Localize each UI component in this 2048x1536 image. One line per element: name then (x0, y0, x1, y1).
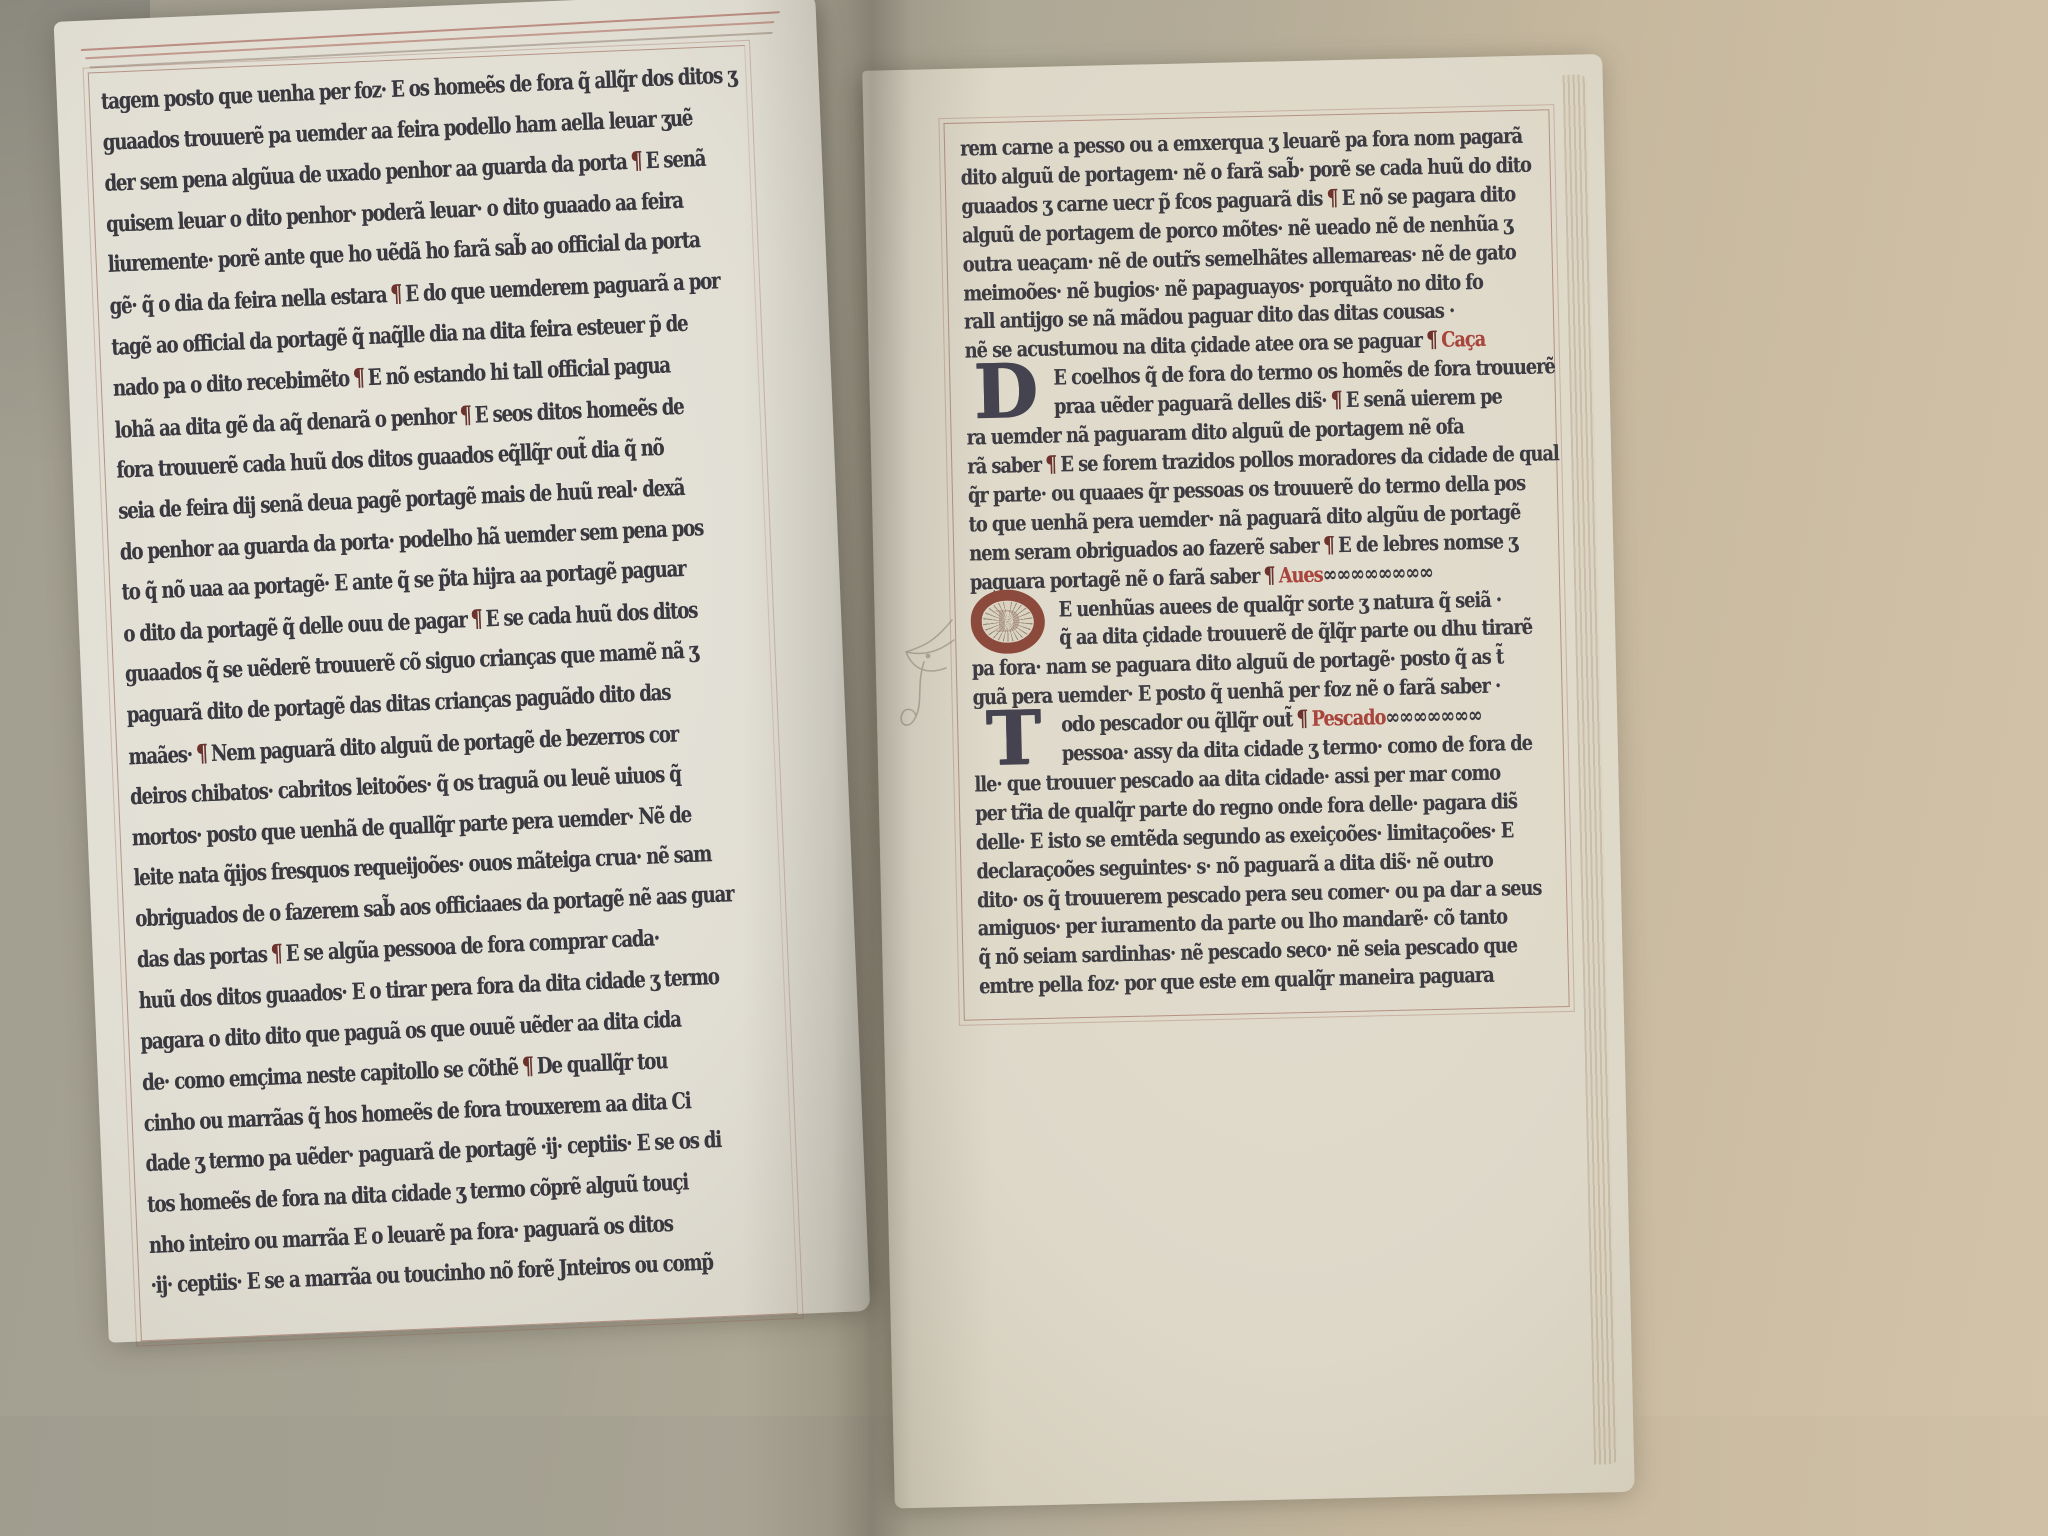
manuscript-text: gẽ· q̃ o dia da feira nella estara (109, 282, 387, 320)
pilcrow-mark: ¶ (386, 279, 406, 308)
rubric-text: Aues (1278, 561, 1323, 587)
left-page-text-block: tagem posto que uenha per foz· E os home… (100, 49, 951, 1307)
manuscript-text: lohã aa dita gẽ da aq̃ denarã o penhor (114, 403, 456, 443)
right-page-text-block: rem carne a pesso ou a emxerqua ʒ leuarẽ… (960, 117, 1739, 1001)
pilcrow-mark: ¶ (626, 146, 646, 175)
manuscript-text: E nõ se pagara dito (1341, 181, 1515, 210)
manuscript-text: praa uẽder paguarã delles dis̃· (1054, 388, 1327, 419)
pilcrow-mark: ¶ (1318, 532, 1338, 558)
initial-letter: D (973, 361, 1039, 422)
pilcrow-mark: ¶ (1292, 706, 1312, 732)
manuscript-text: E do que uemderem paguarã a por (405, 268, 720, 307)
manuscript-text: E seos ditos homeẽs de (474, 394, 684, 429)
manuscript-text: odo pescador ou q̃llq̃r out̃ (1061, 706, 1293, 736)
decorated-initial: D (970, 589, 1045, 655)
pilcrow-mark: ¶ (1041, 451, 1061, 477)
pilcrow-mark: ¶ (1326, 387, 1346, 413)
photo-of-open-manuscript: { "colors": { "ink": "#3a3940", "rubric_… (0, 0, 2048, 1536)
margin-pen-flourish (894, 612, 970, 732)
pilcrow-mark: ¶ (517, 1052, 537, 1081)
manuscript-text: E senã uierem pe (1346, 384, 1503, 413)
pilcrow-mark: ¶ (466, 604, 486, 633)
pilcrow-mark: ¶ (348, 363, 368, 392)
initial-letter: T (985, 708, 1041, 769)
manuscript-text: ∞∞∞∞∞∞∞∞ (1322, 559, 1433, 586)
pilcrow-mark: ¶ (1422, 327, 1442, 353)
manuscript-text: E nõ estando hi tall official pagua (367, 353, 670, 392)
manuscript-text: ∞∞∞∞∞∞∞ (1385, 702, 1482, 729)
rubric-text: Pescado (1311, 704, 1385, 731)
manuscript-text: E senã (645, 146, 706, 174)
manuscript-text: rã saber (967, 452, 1041, 479)
manuscript-text: nem seram obriguados ao fazerẽ saber (969, 532, 1319, 565)
manuscript-text: o dito da portagẽ q̃ delle ouu de pagar (123, 607, 467, 647)
manuscript-text: E se cada huũ dos ditos (485, 597, 698, 632)
pilcrow-mark: ¶ (1259, 562, 1279, 588)
manuscript-text: das das portas (136, 942, 267, 973)
manuscript-text: nado pa o dito recebimẽto (112, 366, 349, 402)
book-right-page: rem carne a pesso ou a emxerqua ʒ leuarẽ… (862, 54, 1634, 1508)
decorated-initial: D (965, 358, 1046, 426)
book-left-page: tagem posto que uenha per foz· E os home… (54, 0, 871, 1343)
manuscript-text: De quallq̃r tou (536, 1048, 667, 1079)
pilcrow-mark: ¶ (266, 940, 286, 969)
pilcrow-mark: ¶ (191, 738, 211, 767)
manuscript-text: maães· (128, 741, 193, 770)
decorated-initial: T (973, 705, 1054, 773)
manuscript-text: E de lebres nomse ʒ (1338, 528, 1518, 557)
rubric-text: Caça (1441, 326, 1486, 352)
initial-letter: D (981, 600, 1034, 643)
pilcrow-mark: ¶ (1322, 185, 1342, 211)
fore-edge-red-line (81, 11, 780, 51)
pilcrow-mark: ¶ (455, 400, 475, 429)
